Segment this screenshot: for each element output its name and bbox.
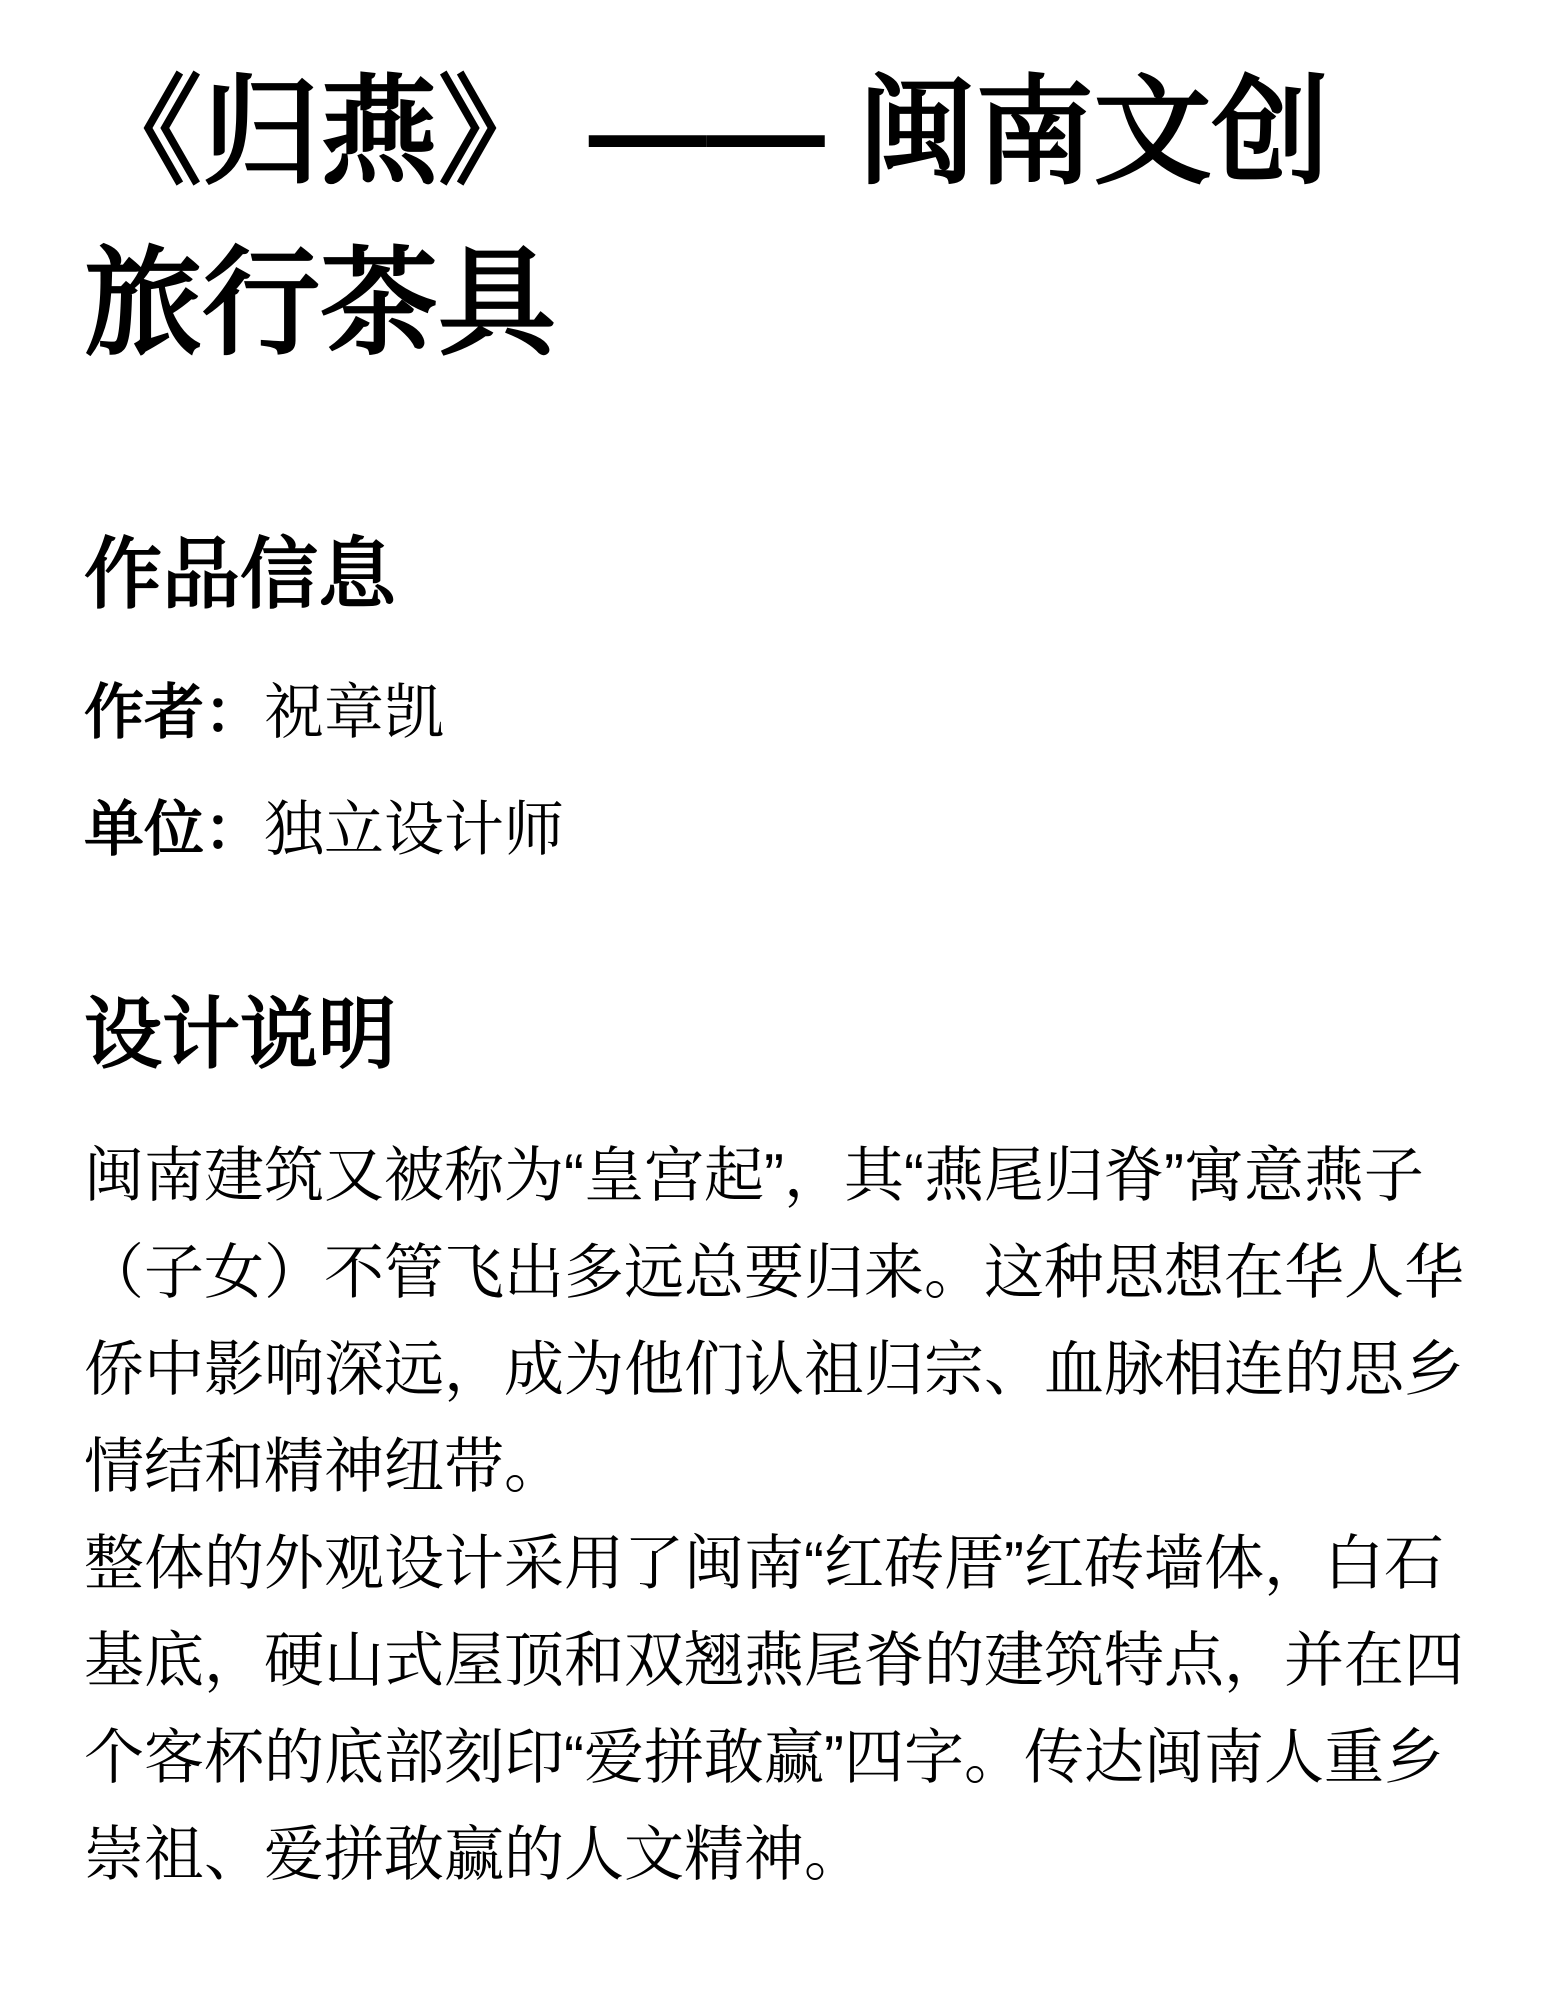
design-notes-line-2: （子女）不管飞出多远总要归来。这种思想在华人华 — [84, 1224, 1479, 1321]
design-notes-line-5: 整体的外观设计采用了闽南“红砖厝”红砖墙体，白石 — [84, 1515, 1479, 1612]
unit-row: 单位：独立设计师 — [84, 771, 1479, 888]
design-notes-line-7: 个客杯的底部刻印“爱拼敢赢”四字。传达闽南人重乡 — [84, 1709, 1479, 1806]
design-notes-line-6: 基底，硬山式屋顶和双翘燕尾脊的建筑特点，并在四 — [84, 1612, 1479, 1709]
article-page: 《归燕》 —— 闽南文创 旅行茶具 作品信息 作者：祝章凯 单位：独立设计师 设… — [0, 0, 1563, 1996]
author-value: 祝章凯 — [264, 679, 444, 746]
page-title: 《归燕》 —— 闽南文创 旅行茶具 — [84, 48, 1479, 390]
design-notes-line-3: 侨中影响深远，成为他们认祖归宗、血脉相连的思乡 — [84, 1321, 1479, 1418]
author-row: 作者：祝章凯 — [84, 654, 1479, 771]
design-notes-line-1: 闽南建筑又被称为“皇宫起”，其“燕尾归脊”寓意燕子 — [84, 1127, 1479, 1224]
unit-value: 独立设计师 — [264, 796, 564, 863]
unit-label: 单位： — [84, 796, 264, 863]
page-title-line-2: 旅行茶具 — [84, 219, 1479, 390]
section-heading-work-info: 作品信息 — [84, 522, 1479, 627]
design-notes-text: 闽南建筑又被称为“皇宫起”，其“燕尾归脊”寓意燕子 （子女）不管飞出多远总要归来… — [84, 1127, 1479, 1903]
design-notes-line-8: 崇祖、爱拼敢赢的人文精神。 — [84, 1806, 1479, 1903]
page-title-line-1: 《归燕》 —— 闽南文创 — [84, 48, 1479, 219]
author-label: 作者： — [84, 679, 264, 746]
section-heading-design-notes: 设计说明 — [84, 982, 1479, 1087]
design-notes-line-4: 情结和精神纽带。 — [84, 1418, 1479, 1515]
